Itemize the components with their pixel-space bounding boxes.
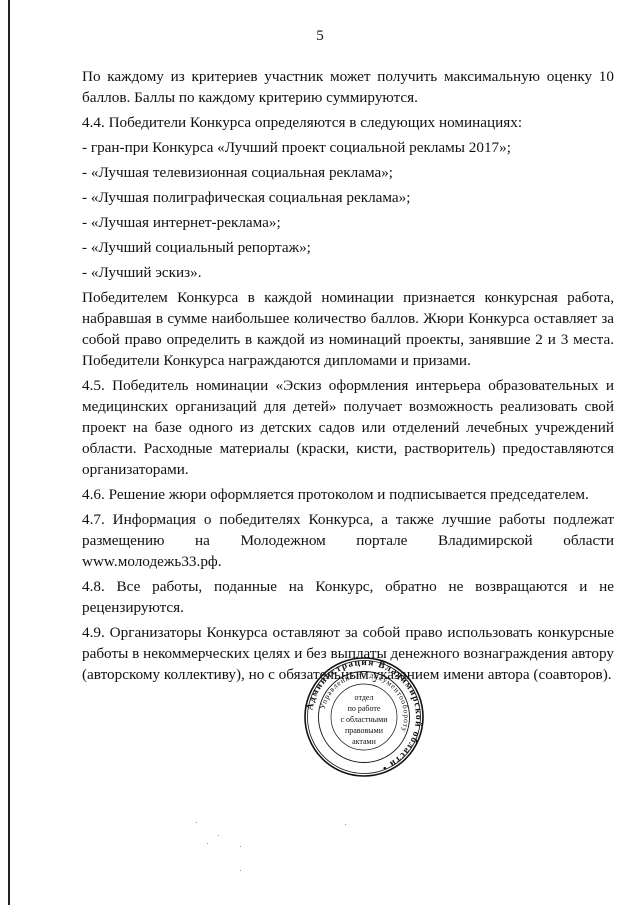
stamp-center-line: правовыми <box>345 726 384 735</box>
scan-speck <box>218 835 219 836</box>
scan-speck <box>240 870 241 871</box>
nomination-item: - «Лучшая телевизионная социальная рекла… <box>82 162 614 183</box>
stamp-center-line: с областными <box>340 715 388 724</box>
official-stamp: Администрация Владимирской области • Упр… <box>303 656 425 778</box>
nomination-item: - гран-при Конкурса «Лучший проект социа… <box>82 137 614 158</box>
clause-4-6: 4.6. Решение жюри оформляется протоколом… <box>82 484 614 505</box>
portal-url: www.молодежь33.рф. <box>82 551 614 572</box>
clause-4-7-text: 4.7. Информация о победителях Конкурса, … <box>82 509 614 551</box>
nomination-item: - «Лучший социальный репортаж»; <box>82 237 614 258</box>
clause-4-4: 4.4. Победители Конкурса определяются в … <box>82 112 614 133</box>
stamp-center-line: по работе <box>348 704 381 713</box>
nomination-item: - «Лучшая интернет-реклама»; <box>82 212 614 233</box>
page-number: 5 <box>0 28 640 45</box>
clause-4-7: 4.7. Информация о победителях Конкурса, … <box>82 509 614 572</box>
stamp-seal-icon: Администрация Владимирской области • Упр… <box>303 656 425 778</box>
nomination-item: - «Лучший эскиз». <box>82 262 614 283</box>
nominations-list: - гран-при Конкурса «Лучший проект социа… <box>82 137 614 283</box>
scan-speck <box>196 822 197 823</box>
clause-4-5: 4.5. Победитель номинации «Эскиз оформле… <box>82 375 614 480</box>
nomination-item: - «Лучшая полиграфическая социальная рек… <box>82 187 614 208</box>
paragraph-criteria: По каждому из критериев участник может п… <box>82 66 614 108</box>
stamp-center-line: актами <box>352 737 377 746</box>
document-body: По каждому из критериев участник может п… <box>82 66 614 689</box>
scan-speck <box>240 846 241 847</box>
winner-paragraph: Победителем Конкурса в каждой номинации … <box>82 287 614 371</box>
stamp-center-line: отдел <box>355 693 374 702</box>
scan-left-edge <box>8 0 10 905</box>
scan-speck <box>345 824 346 825</box>
clause-4-8: 4.8. Все работы, поданные на Конкурс, об… <box>82 576 614 618</box>
scan-speck <box>207 843 208 844</box>
